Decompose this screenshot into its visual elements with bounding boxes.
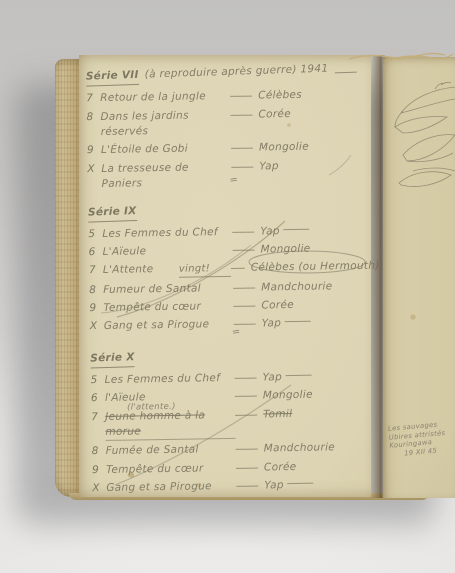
- item-region: Célèbes: [258, 87, 362, 104]
- dash-stroke: [233, 287, 255, 288]
- list-item: X Gang et sa Pirogue Yap: [90, 315, 366, 334]
- dash-stroke: [230, 114, 252, 115]
- dash-stroke: [231, 166, 253, 167]
- item-title: Gang et sa Pirogue: [104, 317, 234, 334]
- item-number: X: [90, 319, 104, 334]
- dash-stroke: [236, 485, 258, 486]
- item-region: Mandchourie: [261, 278, 365, 295]
- item-title: Tempête du cœur: [106, 460, 236, 477]
- dash-stroke: [234, 323, 256, 324]
- item-number: 8: [86, 110, 100, 140]
- section-serie-vii: Série VII (à reproduire après guerre) 19…: [86, 63, 364, 196]
- list-item: 5 Les Femmes du Chef Yap: [88, 223, 364, 242]
- dash-stroke: [232, 232, 254, 233]
- item-inline-note: vingt!: [179, 261, 231, 278]
- list-item: 8 Fumeur de Santal Mandchourie: [89, 278, 365, 297]
- annotation-date: 19 XII 45: [390, 445, 454, 459]
- item-region: Corée: [264, 458, 368, 475]
- dash-stroke: [236, 467, 258, 468]
- open-notebook: Série VII (à reproduire après guerre) 19…: [55, 55, 455, 500]
- dash-stroke: [236, 449, 258, 450]
- heading-note: (à reproduire après guerre) 1941: [144, 62, 328, 83]
- separator-mark: =: [228, 172, 239, 188]
- handwritten-list: Série VII (à reproduire après guerre) 19…: [86, 59, 369, 493]
- list-item-crossed-out: (l'attente.) 7 Jeune homme à la morue To…: [91, 406, 367, 441]
- dash-stroke: [233, 305, 255, 306]
- item-title: Tempête du cœur: [103, 299, 233, 316]
- item-title: Gang et sa Pirogue: [106, 479, 236, 496]
- binding-threads: [345, 47, 455, 63]
- list-item: 9 L'Étoile de Gobi Mongolie: [87, 139, 363, 158]
- dash-stroke: [233, 250, 255, 251]
- pencil-flourish-marks: [79, 55, 371, 497]
- list-item: 5 Les Femmes du Chef Yap: [91, 369, 367, 388]
- list-item: X Gang et sa Pirogue Yap: [92, 477, 368, 496]
- list-item: 8 Dans les jardins réservés Corée: [86, 105, 362, 139]
- separator-mark: =: [231, 324, 242, 340]
- item-title: La tresseuse de Paniers: [101, 160, 231, 192]
- item-title: L'Étoile de Gobi: [101, 141, 231, 158]
- item-title: Fumée de Santal: [106, 442, 236, 459]
- item-number: 6: [91, 391, 105, 406]
- item-region: Yap: [259, 158, 363, 190]
- item-title: Retour de la jungle: [100, 89, 230, 106]
- item-number: 9: [87, 143, 101, 158]
- annotation-line: Les sauvages: [388, 419, 452, 433]
- notebook-photograph: Série VII (à reproduire après guerre) 19…: [0, 0, 455, 573]
- item-region: Yap: [262, 315, 366, 332]
- item-region: Mongolie: [260, 241, 364, 258]
- right-page: Les sauvages Ubires attristés Kouringawa…: [383, 57, 455, 498]
- dash-stroke: [231, 268, 245, 269]
- item-title: Jeune homme à la morue: [105, 408, 235, 441]
- item-region: Tomil: [263, 406, 367, 439]
- heading-title: Série VII: [86, 68, 139, 87]
- item-number: 5: [88, 227, 102, 242]
- item-number: 7: [86, 91, 100, 106]
- item-number: X: [87, 162, 101, 192]
- item-number: 9: [92, 462, 106, 477]
- item-title: L'Attente: [103, 262, 179, 279]
- item-region: Yap: [260, 223, 364, 240]
- item-region-circled: Célèbes (ou Hermouth): [251, 259, 380, 277]
- item-number: 9: [89, 301, 103, 316]
- item-number: X: [92, 481, 106, 496]
- item-region: Yap: [262, 369, 366, 386]
- item-number: 8: [92, 444, 106, 459]
- item-region: Corée: [258, 105, 362, 137]
- item-number: 6: [89, 245, 103, 260]
- list-item: 6 l'Aïeule Mongolie: [91, 387, 367, 406]
- inserted-correction: (l'attente.): [127, 400, 176, 416]
- item-region: Corée: [261, 297, 365, 314]
- book-drop-shadow: [16, 84, 436, 524]
- item-number: 8: [89, 283, 103, 298]
- page-bottom-edge: [69, 493, 429, 500]
- list-item: 9 Tempête du cœur Corée: [89, 297, 365, 316]
- item-region: Mongolie: [263, 387, 367, 404]
- item-title: l'Aïeule: [105, 389, 235, 406]
- item-title: Les Femmes du Chef: [105, 371, 235, 388]
- section-heading: Série IX: [88, 196, 364, 222]
- item-number: 7: [89, 263, 103, 279]
- list-item: 8 Fumée de Santal Mandchourie: [92, 440, 368, 459]
- annotation-line: Ubires attristés: [388, 428, 452, 442]
- item-region: Mongolie: [259, 139, 363, 156]
- section-heading: Série VII (à reproduire après guerre) 19…: [86, 60, 362, 86]
- list-item: 7 Retour de la jungle Célèbes: [86, 87, 362, 106]
- list-item: X La tresseuse de Paniers Yap: [87, 158, 363, 192]
- dash-stroke: [231, 148, 253, 149]
- list-item: 6 L'Aïeule Mongolie: [89, 241, 365, 260]
- heading-title: Série X: [90, 350, 135, 368]
- item-region: Yap: [264, 477, 368, 494]
- item-title: Les Femmes du Chef: [102, 225, 232, 242]
- dash-stroke: [230, 96, 252, 97]
- section-heading: Série X: [90, 342, 366, 368]
- dash-stroke: [235, 396, 257, 397]
- item-title: Dans les jardins réservés: [100, 108, 230, 140]
- heading-title: Série IX: [88, 204, 137, 223]
- item-number: 7: [91, 410, 105, 441]
- book-gutter: [371, 55, 385, 498]
- annotation-line: Kouringawa: [389, 436, 453, 450]
- dated-annotation: Les sauvages Ubires attristés Kouringawa…: [388, 419, 455, 458]
- trailing-dash-stroke: [334, 72, 356, 74]
- item-title: Fumeur de Santal: [103, 280, 233, 297]
- item-number: 5: [91, 373, 105, 388]
- leaf-sketch: [383, 75, 455, 225]
- item-region: Mandchourie: [264, 440, 368, 457]
- section-serie-x: Série X 5 Les Femmes du Chef Yap 6 l'Aïe…: [90, 345, 368, 500]
- page-stack-edge: [55, 59, 81, 497]
- list-item-with-note: 7 L'Attente vingt! Célèbes (ou Hermouth): [89, 259, 365, 279]
- list-item: 9 Tempête du cœur Corée: [92, 458, 368, 477]
- dash-stroke: [235, 414, 257, 415]
- section-serie-ix: Série IX 5 Les Femmes du Chef Yap 6 L'Aï…: [88, 199, 366, 337]
- dash-stroke: [235, 378, 257, 379]
- item-title: L'Aïeule: [102, 243, 232, 260]
- left-page: Série VII (à reproduire après guerre) 19…: [79, 55, 371, 497]
